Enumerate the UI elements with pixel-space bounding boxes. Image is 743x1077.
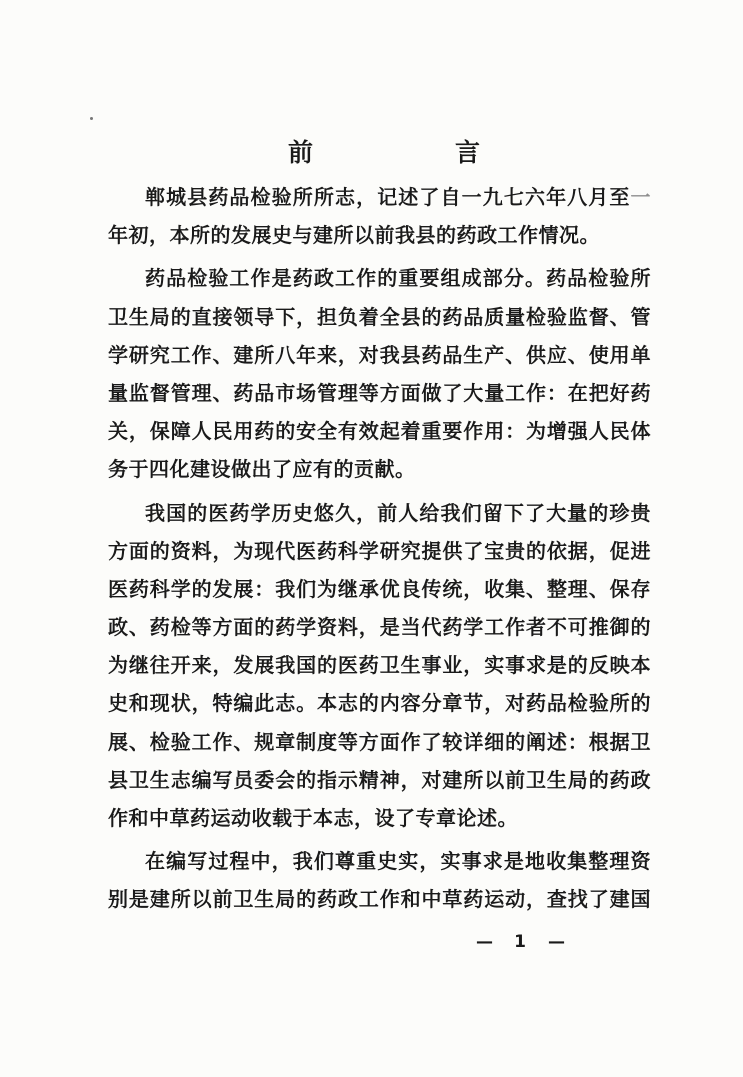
text-line: 政、药检等方面的药学资料，是当代药学工作者不可推御的责任。	[108, 608, 651, 646]
title-char-yan: 言	[455, 139, 480, 167]
text-line: 年初，本所的发展史与建所以前我县的药政工作情况。	[108, 216, 651, 254]
page-title: 前 言	[0, 139, 743, 171]
text-line: 作和中草药运动收载于本志，设了专章论述。	[108, 799, 651, 837]
scanned-document-page: 前 言 郸城县药品检验所所志，记述了自一九七六年八月至一九八五 年初，本所的发展…	[0, 0, 743, 1077]
text-line: 别是建所以前卫生局的药政工作和中草药运动，查找了建国以来的	[108, 880, 651, 918]
paragraph-1: 郸城县药品检验所所志，记述了自一九七六年八月至一九八五 年初，本所的发展史与建所…	[108, 178, 651, 254]
text-line: 为继往开来，发展我国的医药卫生事业，实事求是的反映本所的历	[108, 646, 651, 684]
text-line: 在编写过程中，我们尊重史实，实事求是地收集整理资料，特	[108, 842, 651, 880]
text-line: 卫生局的直接领导下，担负着全县的药品质量检验监督、管理和科	[108, 298, 651, 336]
text-line: 量监督管理、药品市场管理等方面做了大量工作：在把好药品质量	[108, 374, 651, 412]
text-line: 郸城县药品检验所所志，记述了自一九七六年八月至一九八五	[108, 178, 651, 216]
title-char-qian: 前	[288, 139, 313, 167]
text-line: 药品检验工作是药政工作的重要组成部分。药品检验所是在县	[108, 259, 651, 297]
text-line: 医药科学的发展：我们为继承优良传统，收集、整理、保存好 药	[108, 570, 651, 608]
text-line: 学研究工作、建所八年来，对我县药品生产、供应、使用单位的质	[108, 336, 651, 374]
text-line: 展、检验工作、规章制度等方面作了较详细的阐述：根据卫生局和	[108, 723, 651, 761]
document-body: 郸城县药品检验所所志，记述了自一九七六年八月至一九八五 年初，本所的发展史与建所…	[108, 178, 651, 919]
text-line: 我国的医药学历史悠久，前人给我们留下了大量的珍贵的药学	[108, 494, 651, 532]
paragraph-3: 我国的医药学历史悠久，前人给我们留下了大量的珍贵的药学 方面的资料，为现代医药科…	[108, 494, 651, 838]
text-line: 县卫生志编写员委会的指示精神，对建所以前卫生局的药政管理工	[108, 761, 651, 799]
text-segment: 郸城县药品检验所所志，记述了自一九七六年八月至	[145, 185, 631, 209]
scan-speck	[90, 117, 93, 120]
page-number-dash-left: —	[476, 932, 492, 952]
text-line: 关，保障人民用药的安全有效起着重要作用：为增强人民体质，服	[108, 412, 651, 450]
paragraph-2: 药品检验工作是药政工作的重要组成部分。药品检验所是在县 卫生局的直接领导下，担负…	[108, 259, 651, 488]
text-line: 方面的资料，为现代医药科学研究提供了宝贵的依据，促进了现代	[108, 532, 651, 570]
text-line: 务于四化建设做出了应有的贡献。	[108, 450, 651, 488]
paragraph-4: 在编写过程中，我们尊重史实，实事求是地收集整理资料，特 别是建所以前卫生局的药政…	[108, 842, 651, 918]
page-number-dash-right: —	[548, 932, 564, 952]
text-line: 史和现状，特编此志。本志的内容分章节，对药品检验所的建立发	[108, 684, 651, 722]
page-number-value: 1	[514, 932, 526, 952]
page-number: — 1 —	[476, 929, 564, 955]
